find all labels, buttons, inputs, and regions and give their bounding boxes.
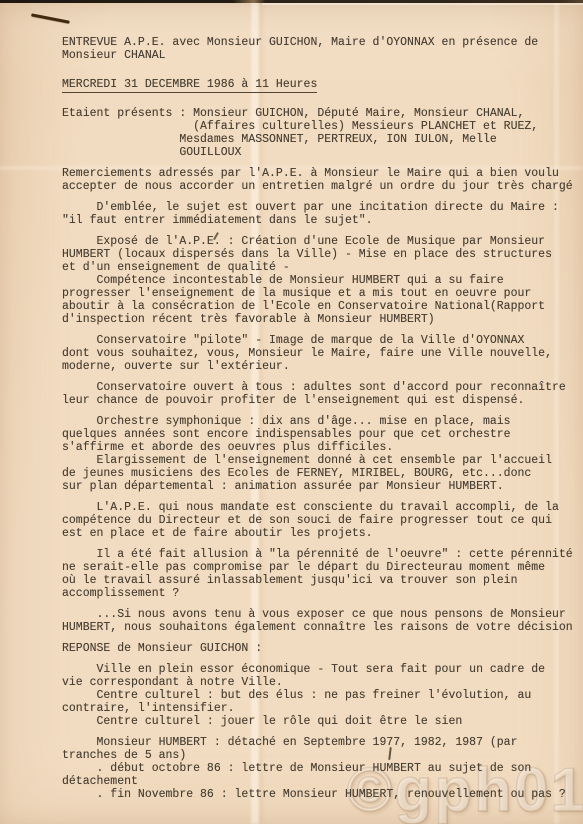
text-line: tranches de 5 ans) (62, 749, 583, 762)
text-line: progresser l'enseignement de la musique … (62, 287, 583, 300)
blank-line (62, 99, 583, 107)
text-line: Centre culturel : jouer le rôle qui doit… (62, 715, 583, 728)
scan-top-edge-highlight (262, 3, 583, 5)
text-line: aboutir à la consécration de l'Ecole en … (62, 300, 583, 313)
text-line: ne serait-elle pas compromise par le dép… (62, 561, 583, 574)
pen-mark (31, 13, 70, 23)
text-line: Il a été fait allusion à "la pérennité d… (62, 548, 583, 561)
text-line: Ville en plein essor économique - Tout s… (62, 663, 583, 676)
text-line: quelques années sont encore indispensabl… (62, 428, 583, 441)
blank-line (62, 193, 583, 201)
text-line: Conservatoire ouvert à tous : adultes so… (62, 381, 583, 394)
text-line: REPONSE de Monsieur GUICHON : (62, 642, 583, 655)
text-line: Etaient présents : Monsieur GUICHON, Dép… (62, 107, 583, 120)
text-line: "il faut entrer immédiatement dans le su… (62, 214, 583, 227)
blank-line (62, 62, 583, 70)
blank-line (62, 407, 583, 415)
text-line: Monsieur CHANAL (62, 49, 583, 62)
text-line: d'inspection récent très favorable à Mon… (62, 313, 583, 326)
date-heading: MERCREDI 31 DECEMBRE 1986 à 11 Heures (62, 78, 583, 91)
text-line: . début octobre 86 : lettre de Monsieur … (62, 762, 583, 775)
text-line: Elargissement de l'enseignement donné à … (62, 454, 583, 467)
blank-line (62, 540, 583, 548)
blank-line (62, 227, 583, 235)
text-line: leur chance de pouvoir profiter de l'ens… (62, 394, 583, 407)
text-line: ...Si nous avons tenu à vous exposer ce … (62, 608, 583, 621)
text-line: . fin Novembre 86 : lettre Monsieur HUMB… (62, 788, 583, 801)
blank-line (62, 655, 583, 663)
text-line: est en place et de faire aboutir les pro… (62, 527, 583, 540)
text-line: Monsieur HUMBERT : détaché en Septembre … (62, 736, 583, 749)
text-line: Centre culturel : but des élus : ne pas … (62, 689, 583, 702)
blank-line (62, 728, 583, 736)
text-line: de jeunes musiciens des Ecoles de FERNEY… (62, 467, 583, 480)
text-line: Compétence incontestable de Monsieur HUM… (62, 274, 583, 287)
text-line: où le travail assuré inlassablement jusq… (62, 574, 583, 587)
blank-line (62, 70, 583, 78)
text-line: et d'un enseignement de qualité - (62, 261, 583, 274)
text-line: compétence du Directeur et de son souci … (62, 514, 583, 527)
text-line: Conservatoire "pilote" - Image de marque… (62, 334, 583, 347)
blank-line (62, 159, 583, 167)
text-line: détachement (62, 775, 583, 788)
text-line: vie correspondant à notre Ville. (62, 676, 583, 689)
text-line: accepter de nous accorder un entretien m… (62, 180, 583, 193)
text-line: ENTREVUE A.P.E. avec Monsieur GUICHON, M… (62, 36, 583, 49)
document-lines: ENTREVUE A.P.E. avec Monsieur GUICHON, M… (62, 36, 583, 801)
text-line: dont vous souhaitez, vous, Monsieur le M… (62, 347, 583, 360)
text-line: Remerciements adressés par l'A.P.E. à Mo… (62, 167, 583, 180)
scanned-document-page: ©gph01 ENTREVUE A.P.E. avec Monsieur GUI… (0, 0, 583, 824)
text-line: contraire, l'intensifier. (62, 702, 583, 715)
text-line: Orchestre symphonique : dix ans d'âge...… (62, 415, 583, 428)
text-line: (Affaires culturelles) Messieurs PLANCHE… (62, 120, 583, 133)
text-line: L'A.P.E. qui nous mandate est consciente… (62, 501, 583, 514)
blank-line (62, 373, 583, 381)
text-line: D'emblée, le sujet est ouvert par une in… (62, 201, 583, 214)
text-line: accomplissement ? (62, 587, 583, 600)
blank-line (62, 634, 583, 642)
text-line: moderne, ouverte sur l'extérieur. (62, 360, 583, 373)
text-line: Mesdames MASSONNET, PERTREUX, ION IULON,… (62, 133, 583, 146)
blank-line (62, 493, 583, 501)
text-line: s'affirme et aborde des oeuvres plus dif… (62, 441, 583, 454)
text-line: HUMBERT (locaux dispersés dans la Ville)… (62, 248, 583, 261)
text-line: sur plan départemental : animation assur… (62, 480, 583, 493)
text-line: GOUILLOUX (62, 146, 583, 159)
blank-line (62, 600, 583, 608)
text-line: Exposé de l'A.P.E. : Création d'une Ecol… (62, 235, 583, 248)
text-line: HUMBERT, nous souhaitons également conna… (62, 621, 583, 634)
blank-line (62, 326, 583, 334)
